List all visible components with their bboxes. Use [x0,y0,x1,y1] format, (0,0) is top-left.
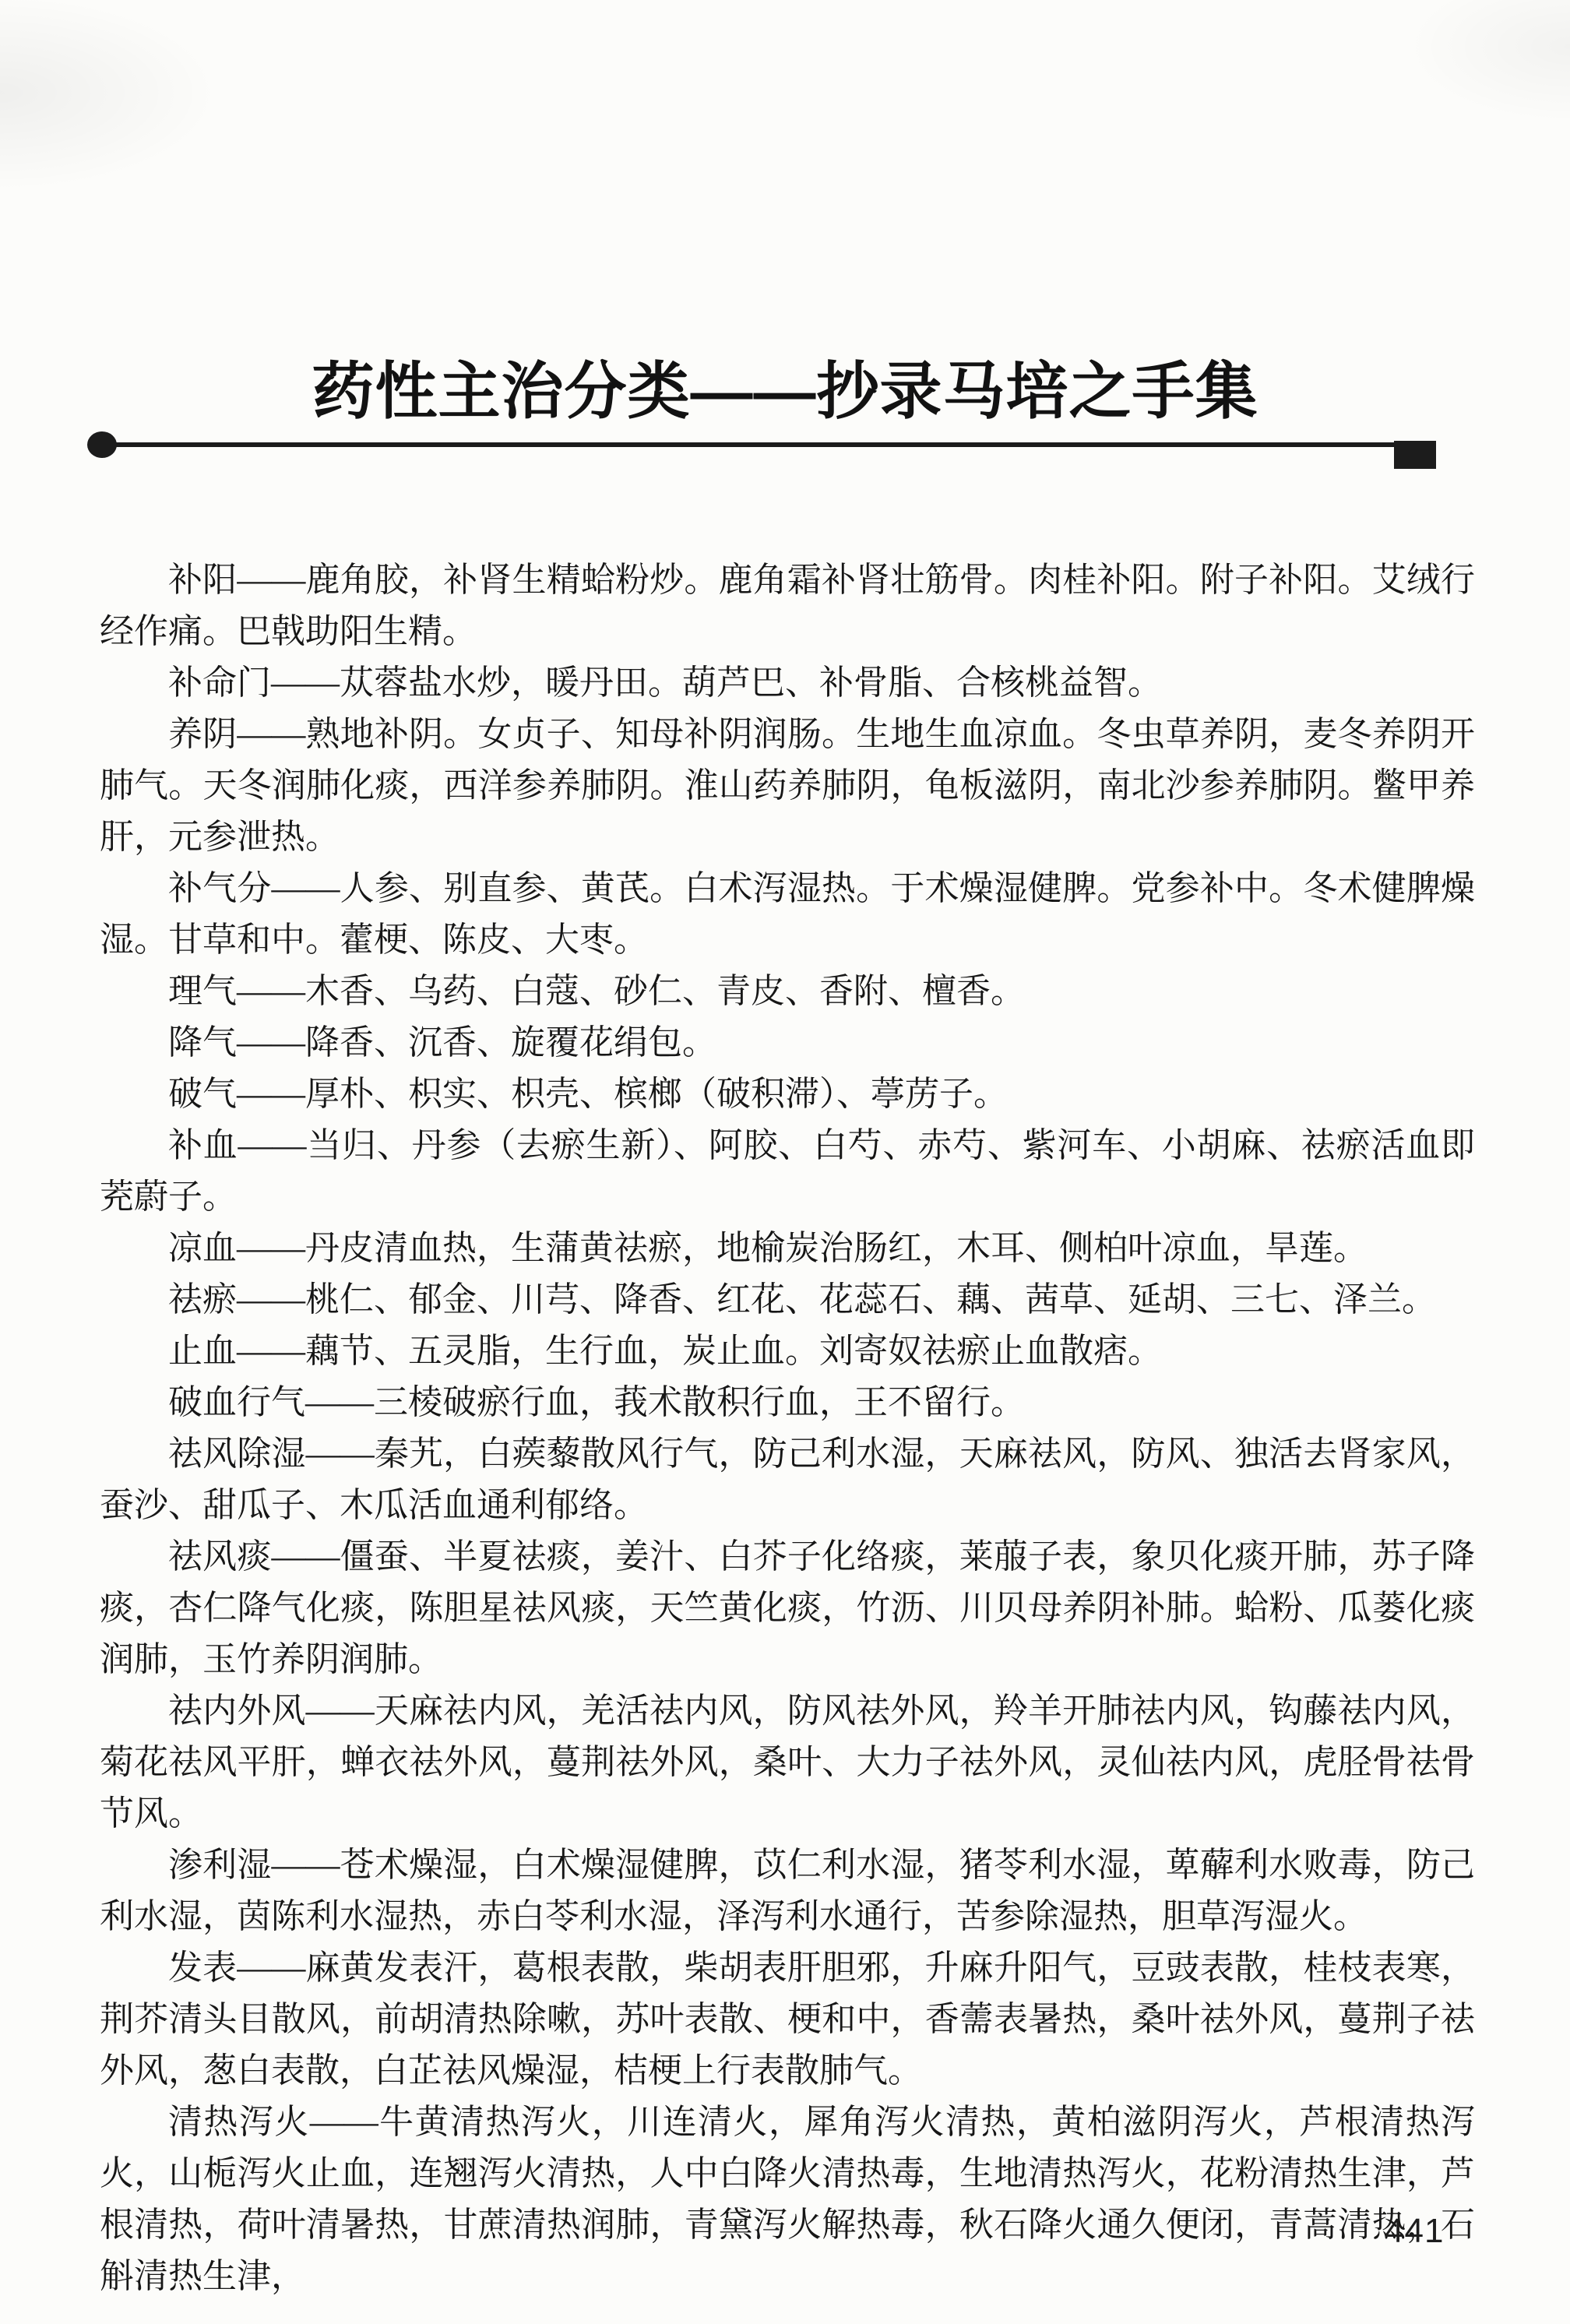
paragraph-quyu: 祛瘀——桃仁、郁金、川芎、降香、红花、花蕊石、藕、茜草、延胡、三七、泽兰。 [100,1274,1475,1326]
book-page: 药性主治分类——抄录马培之手集 补阳——鹿角胶，补肾生精蛤粉炒。鹿角霜补肾壮筋骨… [0,0,1570,2324]
paragraph-qingrexiehuo: 清热泻火——牛黄清热泻火，川连清火，犀角泻火清热，黄柏滋阴泻火，芦根清热泻火，山… [100,2097,1475,2302]
divider-rule-line [101,442,1396,447]
paragraph-zhixue: 止血——藕节、五灵脂，生行血，炭止血。刘寄奴祛瘀止血散痞。 [100,1326,1475,1377]
paragraph-poqi: 破气——厚朴、枳实、枳壳、槟榔（破积滞）、葶苈子。 [100,1069,1475,1120]
paragraph-buxue: 补血——当归、丹参（去瘀生新）、阿胶、白芍、赤芍、紫河车、小胡麻、祛瘀活血即茺蔚… [100,1120,1475,1223]
paragraph-bumingmen: 补命门——苁蓉盐水炒，暖丹田。葫芦巴、补骨脂、合核桃益智。 [100,657,1475,709]
divider-square-ornament [1394,441,1436,469]
paragraph-qufengtan: 祛风痰——僵蚕、半夏祛痰，姜汁、白芥子化络痰，莱菔子表，象贝化痰开肺，苏子降痰，… [100,1531,1475,1685]
paragraph-fabiao: 发表——麻黄发表汗，葛根表散，柴胡表肝胆邪，升麻升阳气，豆豉表散，桂枝表寒，荆芥… [100,1942,1475,2097]
paragraph-buyang: 补阳——鹿角胶，补肾生精蛤粉炒。鹿角霜补肾壮筋骨。肉桂补阳。附子补阳。艾绒行经作… [100,555,1475,657]
paragraph-quneiwaifeng: 祛内外风——天麻祛内风，羌活祛内风，防风祛外风，羚羊开肺祛内风，钩藤祛内风，菊花… [100,1685,1475,1840]
paragraph-liangxue: 凉血——丹皮清血热，生蒲黄祛瘀，地榆炭治肠红，木耳、侧柏叶凉血，旱莲。 [100,1223,1475,1274]
paragraph-qufengchushi: 祛风除湿——秦艽，白蒺藜散风行气，防己利水湿，天麻祛风，防风、独活去肾家风，蚕沙… [100,1428,1475,1531]
body-text: 补阳——鹿角胶，补肾生精蛤粉炒。鹿角霜补肾壮筋骨。肉桂补阳。附子补阳。艾绒行经作… [100,555,1475,2302]
paragraph-buqifen: 补气分——人参、别直参、黄芪。白术泻湿热。于术燥湿健脾。党参补中。冬术健脾燥湿。… [100,863,1475,966]
paragraph-jiangqi: 降气——降香、沉香、旋覆花绢包。 [100,1017,1475,1069]
paragraph-poxuexingqi: 破血行气——三棱破瘀行血，莪术散积行血，王不留行。 [100,1377,1475,1428]
paragraph-yangyin: 养阴——熟地补阴。女贞子、知母补阴润肠。生地生血凉血。冬虫草养阴，麦冬养阴开肺气… [100,709,1475,863]
paragraph-liqi: 理气——木香、乌药、白蔻、砂仁、青皮、香附、檀香。 [100,966,1475,1017]
page-title: 药性主治分类——抄录马培之手集 [0,341,1570,431]
page-number: 441 [1385,2212,1444,2251]
paragraph-shenlishi: 渗利湿——苍术燥湿，白术燥湿健脾，苡仁利水湿，猪苓利水湿，萆薢利水败毒，防己利水… [100,1840,1475,1942]
